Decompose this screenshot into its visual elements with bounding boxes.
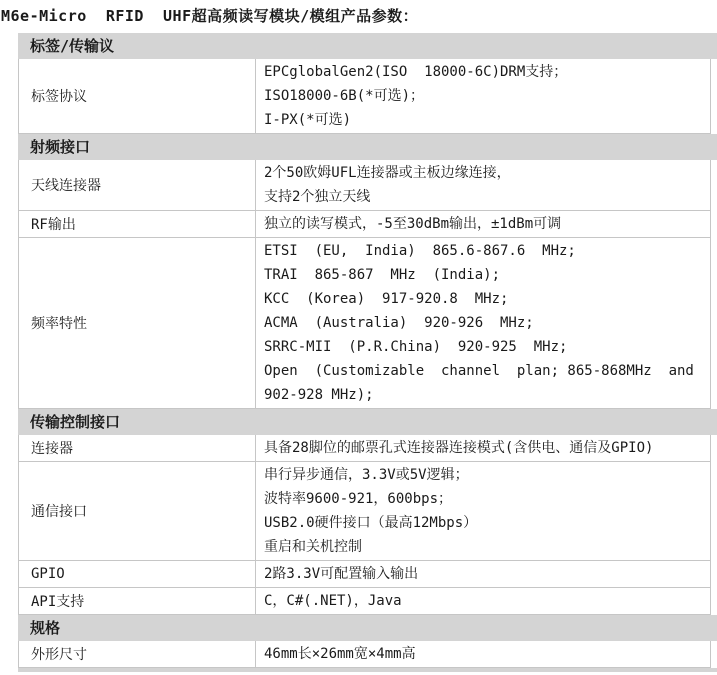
row-value-line: TRAI 865-867 MHz (India); [264, 263, 704, 287]
row-value: 2个50欧姆UFL连接器或主板边缘连接，支持2个独立天线 [256, 160, 710, 210]
row-value-line: EPCglobalGen2(ISO 18000-6C)DRM支持； [264, 60, 704, 84]
row-label: GPIO [19, 561, 256, 587]
section-header: 规格 [18, 615, 717, 641]
row-label: 天线连接器 [19, 160, 256, 210]
row-value: EPCglobalGen2(ISO 18000-6C)DRM支持；ISO1800… [256, 59, 710, 133]
section-rows: 标签协议EPCglobalGen2(ISO 18000-6C)DRM支持；ISO… [18, 59, 711, 134]
row-value-line: ISO18000-6B(*可选)； [264, 84, 704, 108]
row-label: RF输出 [19, 211, 256, 237]
row-label: 连接器 [19, 435, 256, 461]
row-label: 标签协议 [19, 59, 256, 133]
table-row: 标签协议EPCglobalGen2(ISO 18000-6C)DRM支持；ISO… [19, 59, 710, 134]
section-rows: 外形尺寸46mm长×26mm宽×4mm高 [18, 641, 711, 668]
row-value: 2路3.3V可配置输入输出 [256, 561, 710, 587]
product-spec-page: M6e-Micro RFID UHF超高频读写模块/模组产品参数： 标签/传输议… [0, 0, 717, 675]
section-header: 射频接口 [18, 134, 717, 160]
row-value-line: 波特率9600-921，600bps； [264, 487, 704, 511]
row-value-line: ACMA (Australia) 920-926 MHz; [264, 311, 704, 335]
row-value-line: 重启和关机控制 [264, 535, 704, 559]
table-row: 通信接口串行异步通信，3.3V或5V逻辑；波特率9600-921，600bps；… [19, 462, 710, 561]
row-value: 具备28脚位的邮票孔式连接器连接模式(含供电、通信及GPIO) [256, 435, 710, 461]
row-value: ETSI (EU, India) 865.6-867.6 MHz;TRAI 86… [256, 238, 710, 408]
row-value-line: 串行异步通信，3.3V或5V逻辑； [264, 463, 704, 487]
row-label: 通信接口 [19, 462, 256, 560]
row-value-line: 支持2个独立天线 [264, 185, 704, 209]
row-value-line: C，C#(.NET)，Java [264, 589, 704, 613]
row-value-line: 2个50欧姆UFL连接器或主板边缘连接， [264, 161, 704, 185]
section-rows: 连接器具备28脚位的邮票孔式连接器连接模式(含供电、通信及GPIO)通信接口串行… [18, 435, 711, 615]
bottom-section-band-cutoff [18, 668, 717, 672]
row-value-line: USB2.0硬件接口（最高12Mbps） [264, 511, 704, 535]
row-value-line: 具备28脚位的邮票孔式连接器连接模式(含供电、通信及GPIO) [264, 436, 704, 460]
table-row: 频率特性ETSI (EU, India) 865.6-867.6 MHz;TRA… [19, 238, 710, 409]
row-value: 独立的读写模式，-5至30dBm输出，±1dBm可调 [256, 211, 710, 237]
table-row: 连接器具备28脚位的邮票孔式连接器连接模式(含供电、通信及GPIO) [19, 435, 710, 462]
row-value-line: 46mm长×26mm宽×4mm高 [264, 642, 704, 666]
row-label: 频率特性 [19, 238, 256, 408]
row-label: 外形尺寸 [19, 641, 256, 667]
table-row: 天线连接器2个50欧姆UFL连接器或主板边缘连接，支持2个独立天线 [19, 160, 710, 211]
table-row: GPIO2路3.3V可配置输入输出 [19, 561, 710, 588]
table-row: API支持C，C#(.NET)，Java [19, 588, 710, 615]
row-value-line: KCC (Korea) 917-920.8 MHz; [264, 287, 704, 311]
row-value: C，C#(.NET)，Java [256, 588, 710, 614]
row-label: API支持 [19, 588, 256, 614]
row-value-line: I-PX(*可选) [264, 108, 704, 132]
section-header: 传输控制接口 [18, 409, 717, 435]
row-value-line: 独立的读写模式，-5至30dBm输出，±1dBm可调 [264, 212, 704, 236]
page-title: M6e-Micro RFID UHF超高频读写模块/模组产品参数： [0, 0, 717, 30]
row-value: 46mm长×26mm宽×4mm高 [256, 641, 710, 667]
spec-table: 标签/传输议标签协议EPCglobalGen2(ISO 18000-6C)DRM… [18, 33, 717, 672]
row-value-line: 2路3.3V可配置输入输出 [264, 562, 704, 586]
table-row: 外形尺寸46mm长×26mm宽×4mm高 [19, 641, 710, 668]
section-header: 标签/传输议 [18, 33, 717, 59]
row-value-line: Open (Customizable channel plan; 865-868… [264, 359, 704, 407]
section-rows: 天线连接器2个50欧姆UFL连接器或主板边缘连接，支持2个独立天线RF输出独立的… [18, 160, 711, 409]
table-row: RF输出独立的读写模式，-5至30dBm输出，±1dBm可调 [19, 211, 710, 238]
row-value: 串行异步通信，3.3V或5V逻辑；波特率9600-921，600bps；USB2… [256, 462, 710, 560]
row-value-line: ETSI (EU, India) 865.6-867.6 MHz; [264, 239, 704, 263]
row-value-line: SRRC-MII (P.R.China) 920-925 MHz; [264, 335, 704, 359]
